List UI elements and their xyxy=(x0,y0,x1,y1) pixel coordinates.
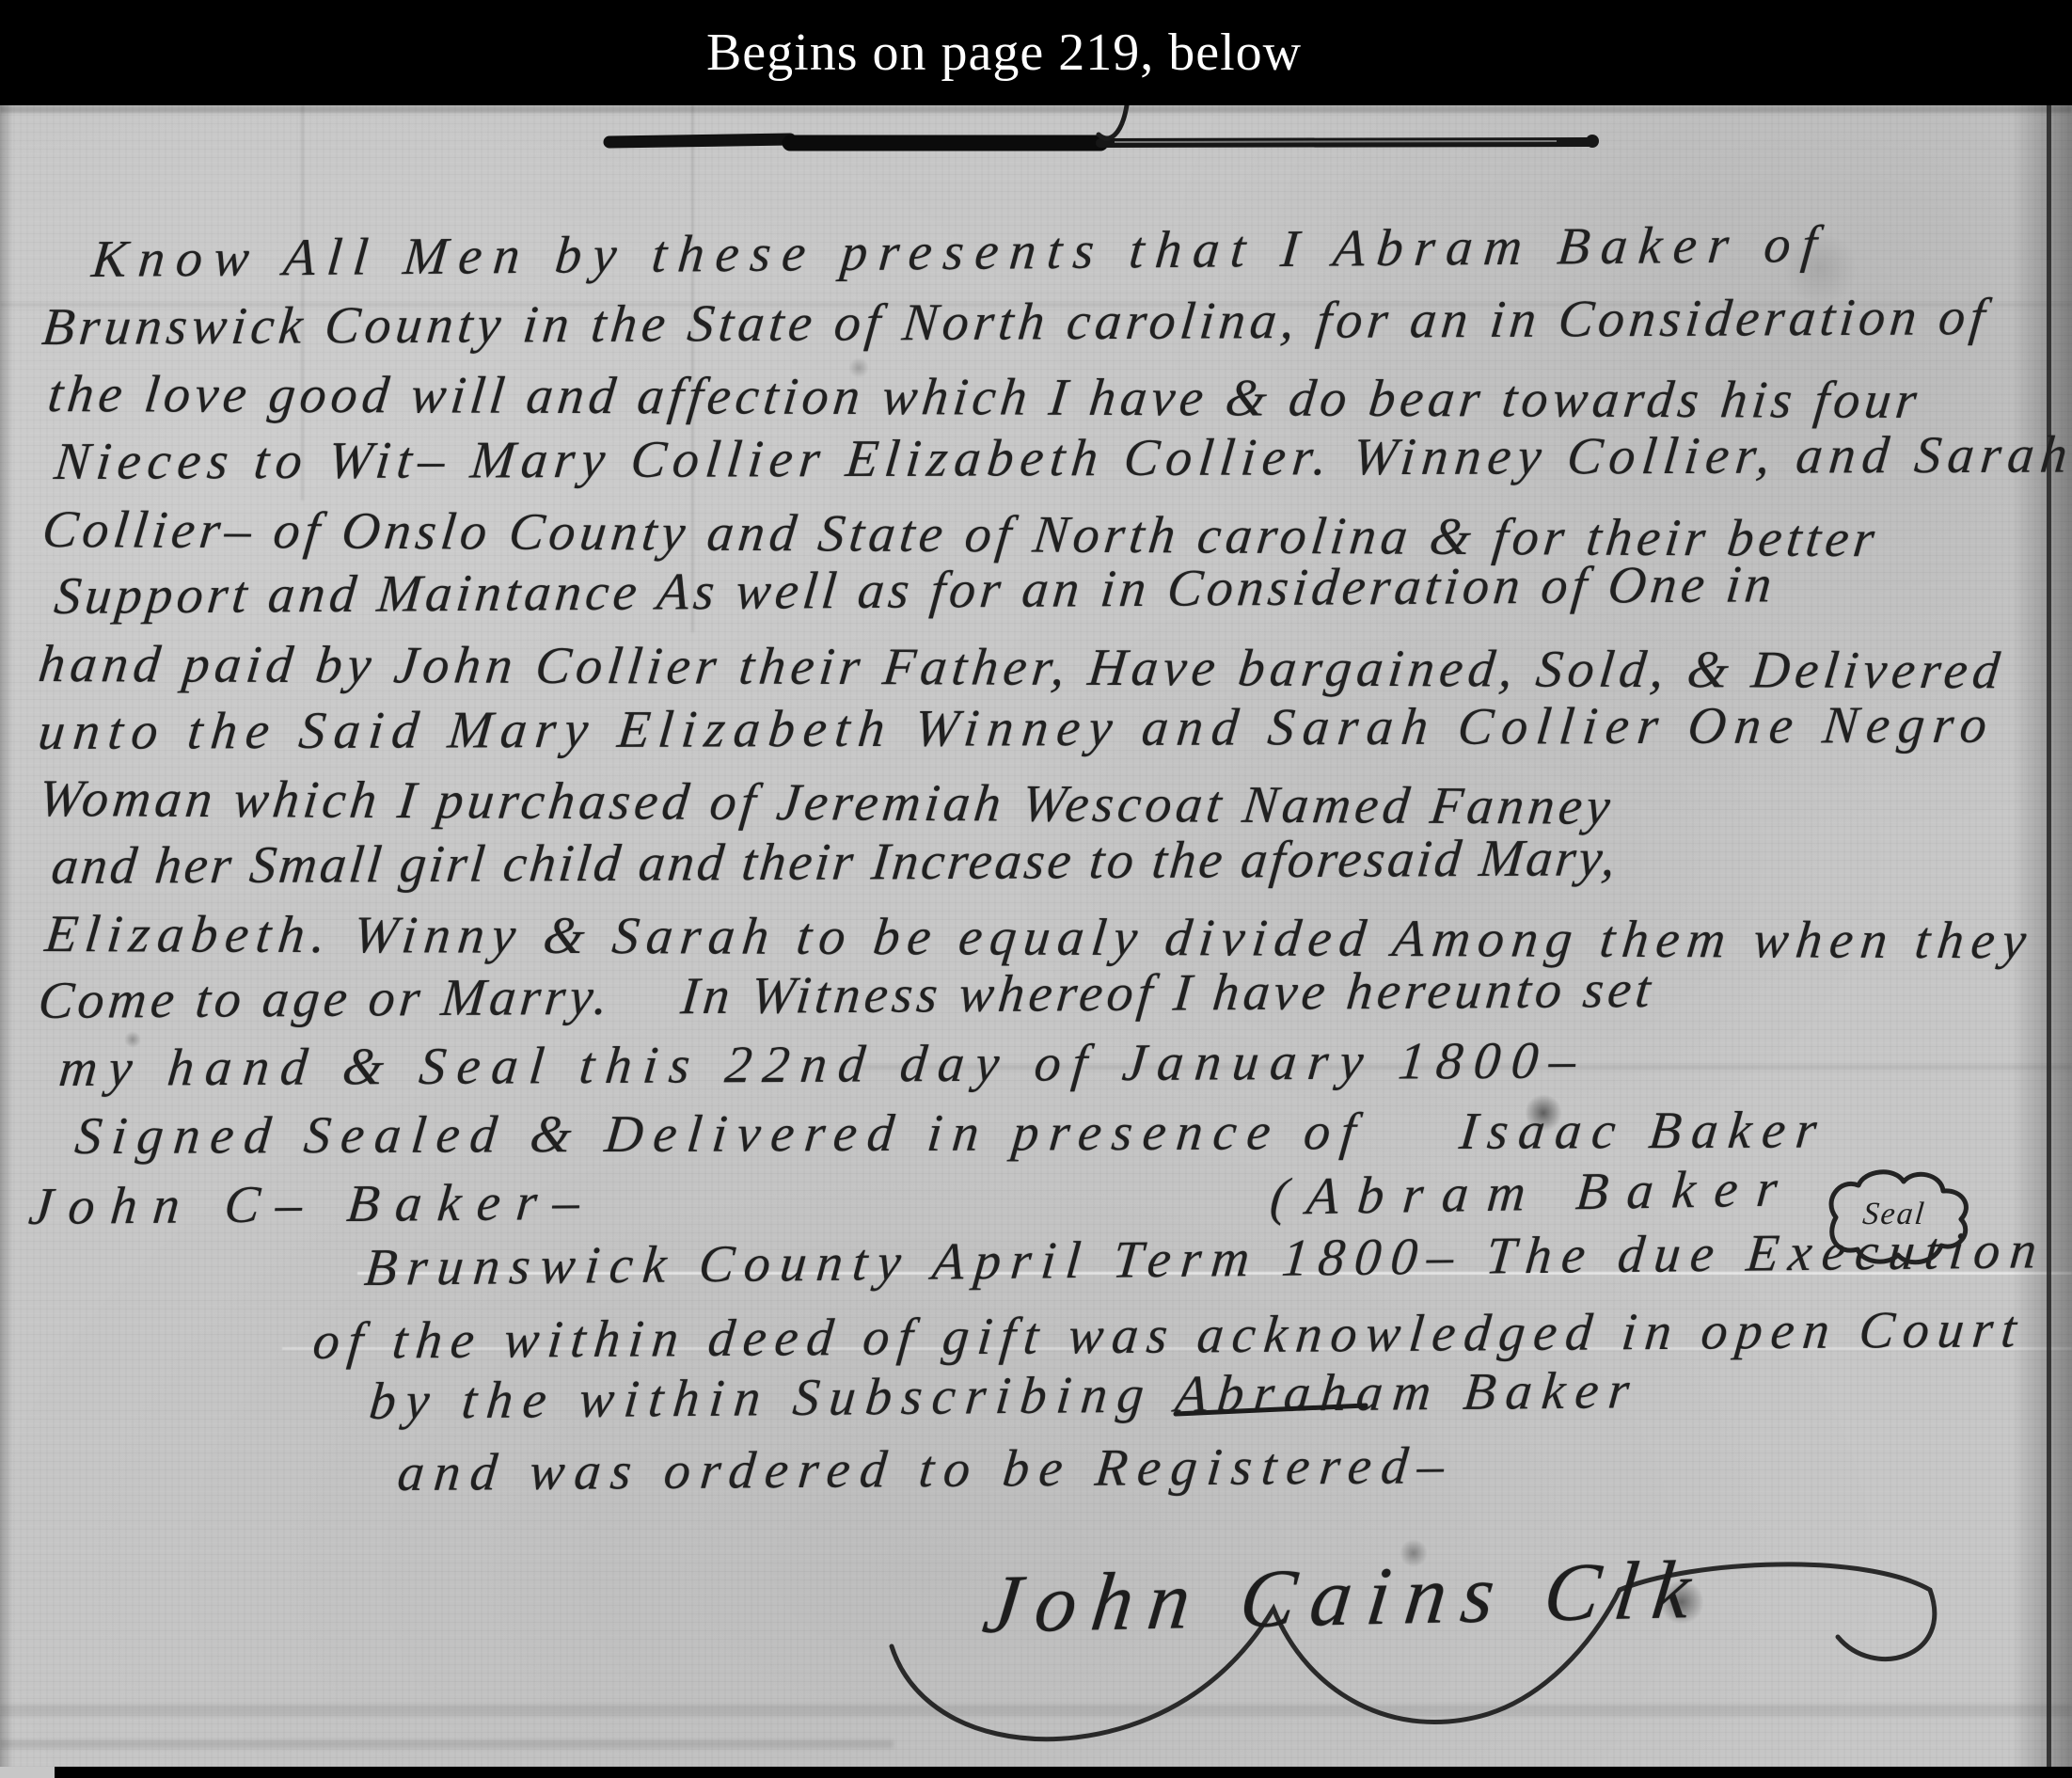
handwritten-line-court-record: and was ordered to be Registered– xyxy=(395,1437,1457,1502)
binding-edge-line xyxy=(2047,105,2051,1767)
handwritten-line-court-record: of the within deed of gift was acknowled… xyxy=(310,1301,2028,1371)
clerk-signature: John Cains Clk xyxy=(978,1543,1711,1653)
handwritten-line: hand paid by John Collier their Father, … xyxy=(36,636,2007,701)
scanned-document-page: Begins on page 219, below Know All Men b… xyxy=(0,0,2072,1778)
handwritten-line: Elizabeth. Winny & Sarah to be equaly di… xyxy=(42,906,2036,971)
bottom-scan-strip xyxy=(55,1767,2072,1778)
handwritten-line-court-record: by the within Subscribing Abraham Baker xyxy=(367,1362,1641,1431)
handwritten-line: my hand & Seal this 22nd day of January … xyxy=(56,1032,1590,1098)
seal-stamp: Seal xyxy=(1813,1165,1975,1270)
handwritten-line-witness: Signed Sealed & Delivered in presence of… xyxy=(72,1102,1829,1166)
page-reference-banner: Begins on page 219, below xyxy=(0,0,2072,105)
handwritten-line: the love good will and affection which I… xyxy=(45,366,1924,431)
witness-signature-john-c-baker: John C– Baker– xyxy=(26,1174,598,1237)
handwritten-line: Woman which I purchased of Jeremiah Wesc… xyxy=(36,770,1617,836)
handwritten-line: Brunswick County in the State of North c… xyxy=(40,289,1992,357)
handwritten-line: Support and Maintance As well as for an … xyxy=(52,556,1779,626)
seal-label: Seal xyxy=(1811,1197,1977,1232)
handwritten-line: unto the Said Mary Elizabeth Winney and … xyxy=(36,697,1998,762)
handwritten-line: and her Small girl child and their Incre… xyxy=(49,830,1621,896)
handwritten-line: Nieces to Wit– Mary Collier Elizabeth Co… xyxy=(52,426,2072,491)
grantor-signature-abram-baker: (Abram Baker xyxy=(1268,1160,1798,1227)
left-edge-shadow xyxy=(0,105,13,1767)
handwritten-line: Come to age or Marry. In Witness whereof… xyxy=(36,961,1657,1031)
banner-title: Begins on page 219, below xyxy=(706,23,1302,83)
